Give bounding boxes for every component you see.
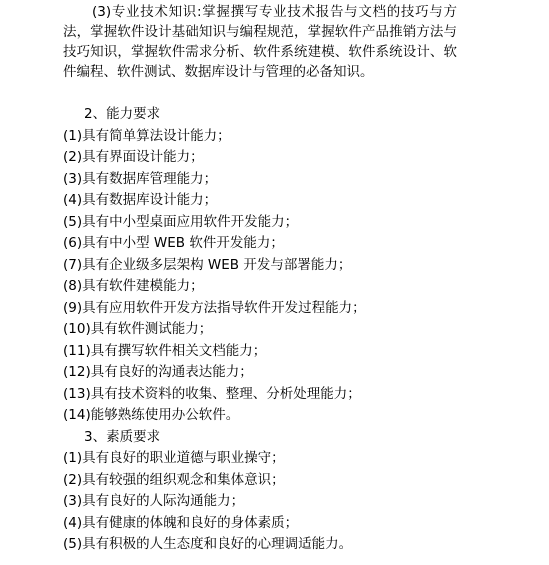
list-item: (14)能够熟练使用办公软件。 [63, 405, 457, 427]
list-item: (12)具有良好的沟通表达能力； [63, 362, 457, 384]
document-page: (3)专业技术知识:掌握撰写专业技术报告与文档的技巧与方法，掌握软件设计基础知识… [0, 0, 549, 565]
section-heading-quality-requirements: 3、素质要求 [63, 427, 457, 449]
list-item: (4)具有健康的体魄和良好的身体素质； [63, 513, 457, 535]
list-item: (6)具有中小型 WEB 软件开发能力； [63, 233, 457, 255]
section-heading-ability-requirements: 2、能力要求 [63, 104, 457, 126]
list-item: (2)具有界面设计能力； [63, 147, 457, 169]
blank-line [63, 82, 457, 104]
list-item: (8)具有软件建模能力； [63, 276, 457, 298]
list-item: (1)具有良好的职业道德与职业操守； [63, 448, 457, 470]
document-content: (3)专业技术知识:掌握撰写专业技术报告与文档的技巧与方法，掌握软件设计基础知识… [63, 2, 457, 556]
list-item: (5)具有积极的人生态度和良好的心理调适能力。 [63, 534, 457, 556]
list-item: (13)具有技术资料的收集、整理、分析处理能力； [63, 384, 457, 406]
list-item: (4)具有数据库设计能力； [63, 190, 457, 212]
list-item: (10)具有软件测试能力； [63, 319, 457, 341]
list-item: (7)具有企业级多层架构 WEB 开发与部署能力； [63, 255, 457, 277]
list-item: (5)具有中小型桌面应用软件开发能力； [63, 212, 457, 234]
paragraph-professional-technical-knowledge: (3)专业技术知识:掌握撰写专业技术报告与文档的技巧与方法，掌握软件设计基础知识… [63, 2, 457, 82]
list-item: (3)具有数据库管理能力； [63, 169, 457, 191]
list-item: (3)具有良好的人际沟通能力； [63, 491, 457, 513]
list-item: (2)具有较强的组织观念和集体意识； [63, 470, 457, 492]
list-item: (9)具有应用软件开发方法指导软件开发过程能力； [63, 298, 457, 320]
list-item: (1)具有简单算法设计能力； [63, 126, 457, 148]
list-item: (11)具有撰写软件相关文档能力； [63, 341, 457, 363]
